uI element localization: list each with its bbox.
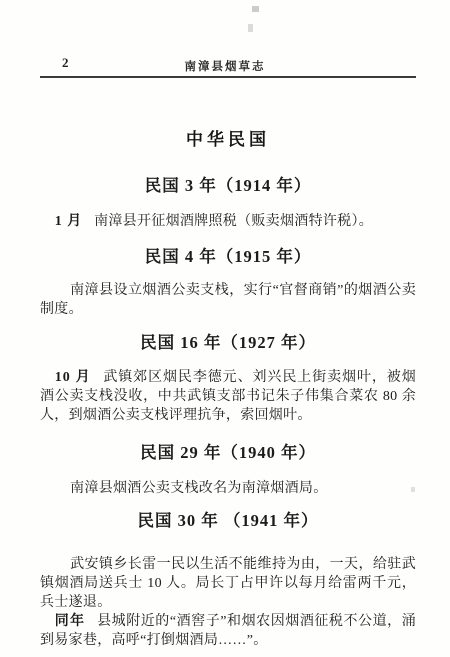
page-title: 中华民国 [40, 130, 416, 150]
page-header: 2 南漳县烟草志 [0, 0, 450, 71]
entry-paragraph-1914: 1 月南漳县开征烟酒牌照税（贩卖烟酒特许税）。 [40, 212, 416, 231]
entry-text: 武镇郊区烟民李德元、刘兴民上街卖烟叶，被烟酒公卖支栈没收，中共武镇支部书记朱子伟… [40, 370, 416, 423]
section-heading-1915: 民国 4 年（1915 年） [40, 247, 416, 267]
entry-text: 南漳县烟酒公卖支栈改名为南漳烟酒局。 [70, 481, 327, 496]
entry-paragraph-1941-a: 武安镇乡长雷一民以生活不能维持为由，一天，给驻武镇烟酒局送兵士 10 人。局长丁… [40, 555, 416, 612]
scan-artifact [411, 487, 415, 492]
entry-lead-month: 1 月 [55, 214, 83, 229]
entry-paragraph-1940: 南漳县烟酒公卖支栈改名为南漳烟酒局。 [40, 479, 416, 498]
entry-text: 县城附近的“酒窖子”和烟农因烟酒征税不公道，涌到易家巷，高呼“打倒烟酒局……”。 [40, 614, 416, 648]
document-page: 2 南漳县烟草志 中华民国 民国 3 年（1914 年） 1 月南漳县开征烟酒牌… [0, 0, 450, 657]
entry-text: 南漳县开征烟酒牌照税（贩卖烟酒特许税）。 [94, 214, 373, 229]
entry-lead-same-year: 同年 [55, 614, 86, 629]
section-heading-1941: 民国 30 年 （1941 年） [40, 511, 416, 531]
entry-paragraph-1915: 南漳县设立烟酒公卖支栈，实行“官督商销”的烟酒公卖制度。 [40, 281, 416, 319]
section-heading-1927: 民国 16 年（1927 年） [40, 333, 416, 353]
page-number: 2 [62, 55, 69, 71]
page-body: 中华民国 民国 3 年（1914 年） 1 月南漳县开征烟酒牌照税（贩卖烟酒特许… [40, 130, 416, 650]
entry-text: 南漳县设立烟酒公卖支栈，实行“官督商销”的烟酒公卖制度。 [40, 283, 416, 317]
entry-text: 武安镇乡长雷一民以生活不能维持为由，一天，给驻武镇烟酒局送兵士 10 人。局长丁… [40, 557, 416, 610]
book-title: 南漳县烟草志 [185, 61, 266, 73]
entry-lead-month: 10 月 [55, 370, 92, 385]
header-rule [40, 76, 416, 78]
entry-paragraph-1927: 10 月武镇郊区烟民李德元、刘兴民上街卖烟叶，被烟酒公卖支栈没收，中共武镇支部书… [40, 368, 416, 425]
entry-paragraph-1941-b: 同年县城附近的“酒窖子”和烟农因烟酒征税不公道，涌到易家巷，高呼“打倒烟酒局……… [40, 612, 416, 650]
section-heading-1914: 民国 3 年（1914 年） [40, 176, 416, 196]
section-heading-1940: 民国 29 年（1940 年） [40, 443, 416, 463]
